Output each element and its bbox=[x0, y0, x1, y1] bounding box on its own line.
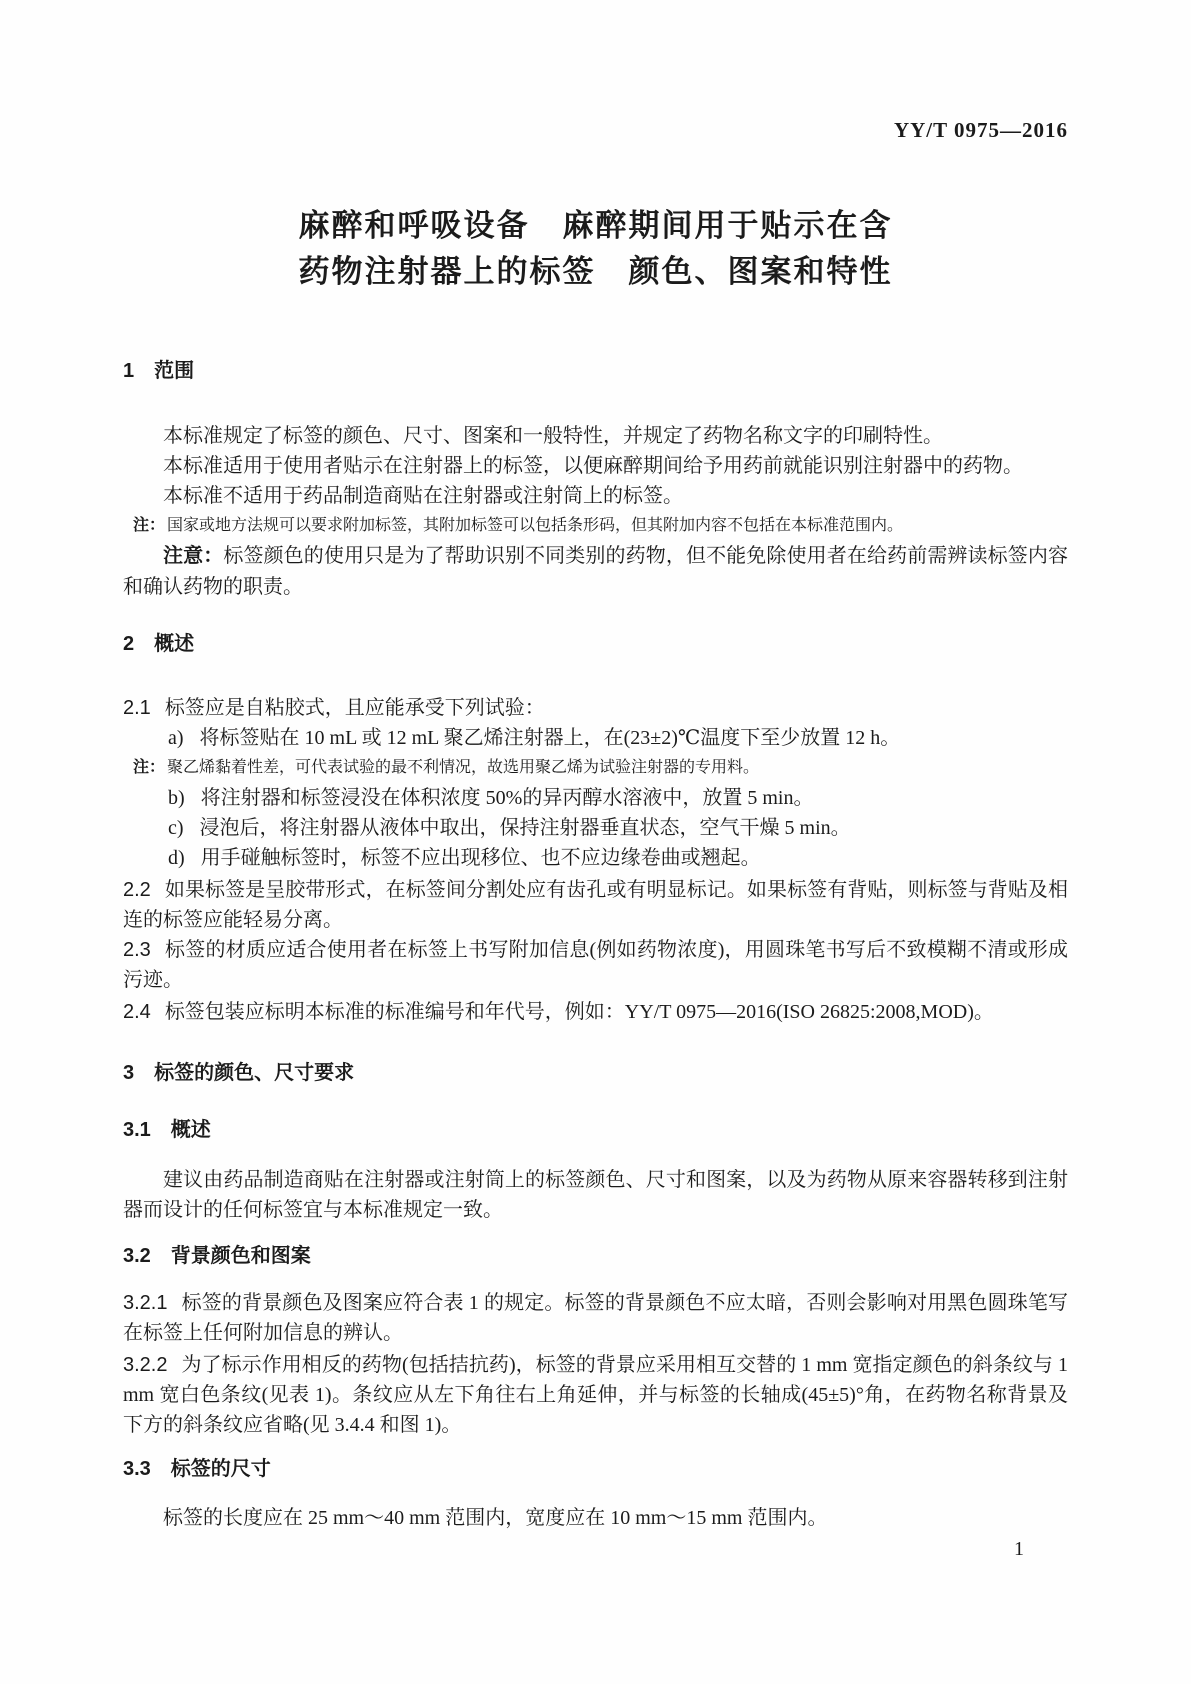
overview-note: 注：聚乙烯黏着性差，可代表试验的最不利情况，故选用聚乙烯为试验注射器的专用料。 bbox=[123, 755, 1068, 781]
section-1-heading: 1 范围 bbox=[123, 358, 1068, 384]
list-item-c-text: 浸泡后，将注射器从液体中取出，保持注射器垂直状态，空气干燥 5 min。 bbox=[200, 817, 851, 839]
scope-notice-text: 标签颜色的使用只是为了帮助识别不同类别的药物，但不能免除使用者在给药前需辨读标签… bbox=[123, 545, 1068, 598]
section-3-2-heading: 3.2 背景颜色和图案 bbox=[123, 1243, 1068, 1269]
clause-3-2-1: 3.2.1标签的背景颜色及图案应符合表 1 的规定。标签的背景颜色不应太暗，否则… bbox=[123, 1288, 1068, 1348]
section-3-3-heading: 3.3 标签的尺寸 bbox=[123, 1456, 1068, 1482]
clause-3-2-2-text: 为了标示作用相反的药物(包括拮抗药)，标签的背景应采用相互交替的 1 mm 宽指… bbox=[123, 1354, 1068, 1436]
list-item-b: b)将注射器和标签浸没在体积浓度 50%的异丙醇水溶液中，放置 5 min。 bbox=[168, 783, 1068, 813]
list-item-a-text: 将标签贴在 10 mL 或 12 mL 聚乙烯注射器上，在(23±2)℃温度下至… bbox=[200, 727, 901, 749]
clause-3-2-1-number: 3.2.1 bbox=[123, 1292, 167, 1314]
title-line-1: 麻醉和呼吸设备 麻醉期间用于贴示在含 bbox=[123, 203, 1068, 249]
clause-2-3: 2.3标签的材质应适合使用者在标签上书写附加信息(例如药物浓度)，用圆珠笔书写后… bbox=[123, 935, 1068, 995]
overview-note-label: 注： bbox=[133, 759, 165, 776]
clause-2-2-text: 如果标签是呈胶带形式，在标签间分割处应有齿孔或有明显标记。如果标签有背贴，则标签… bbox=[123, 879, 1068, 931]
list-item-d-text: 用手碰触标签时，标签不应出现移位、也不应边缘卷曲或翘起。 bbox=[201, 847, 761, 869]
clause-2-1: 2.1标签应是自粘胶式，且应能承受下列试验： bbox=[123, 693, 1068, 723]
title-line-2: 药物注射器上的标签 颜色、图案和特性 bbox=[123, 249, 1068, 295]
list-item-d: d)用手碰触标签时，标签不应出现移位、也不应边缘卷曲或翘起。 bbox=[168, 843, 1068, 873]
document-page: YY/T 0975—2016 麻醉和呼吸设备 麻醉期间用于贴示在含 药物注射器上… bbox=[0, 0, 1191, 1684]
list-item-a-marker: a) bbox=[168, 727, 184, 749]
list-item-a: a)将标签贴在 10 mL 或 12 mL 聚乙烯注射器上，在(23±2)℃温度… bbox=[168, 723, 1068, 753]
overview-note-text: 聚乙烯黏着性差，可代表试验的最不利情况，故选用聚乙烯为试验注射器的专用料。 bbox=[167, 759, 759, 776]
page-number: 1 bbox=[123, 1537, 1068, 1561]
standard-number: YY/T 0975—2016 bbox=[123, 118, 1068, 142]
scope-note-label: 注： bbox=[133, 517, 165, 534]
list-item-c-marker: c) bbox=[168, 817, 184, 839]
clause-2-3-text: 标签的材质应适合使用者在标签上书写附加信息(例如药物浓度)，用圆珠笔书写后不致模… bbox=[123, 939, 1068, 991]
list-item-c: c)浸泡后，将注射器从液体中取出，保持注射器垂直状态，空气干燥 5 min。 bbox=[168, 813, 1068, 843]
clause-2-1-number: 2.1 bbox=[123, 697, 151, 719]
section-2-heading: 2 概述 bbox=[123, 631, 1068, 657]
scope-notice: 注意：标签颜色的使用只是为了帮助识别不同类别的药物，但不能免除使用者在给药前需辨… bbox=[123, 541, 1068, 603]
list-item-b-marker: b) bbox=[168, 787, 185, 809]
section-3-3-paragraph: 标签的长度应在 25 mm～40 mm 范围内，宽度应在 10 mm～15 mm… bbox=[123, 1503, 1068, 1533]
clause-2-4-text: 标签包装应标明本标准的标准编号和年代号，例如：YY/T 0975—2016(IS… bbox=[165, 1001, 994, 1023]
scope-note-text: 国家或地方法规可以要求附加标签，其附加标签可以包括条形码，但其附加内容不包括在本… bbox=[167, 517, 903, 534]
section-3-1-paragraph: 建议由药品制造商贴在注射器或注射筒上的标签颜色、尺寸和图案，以及为药物从原来容器… bbox=[123, 1165, 1068, 1225]
clause-2-1-text: 标签应是自粘胶式，且应能承受下列试验： bbox=[165, 697, 545, 719]
scope-note: 注：国家或地方法规可以要求附加标签，其附加标签可以包括条形码，但其附加内容不包括… bbox=[123, 513, 1068, 539]
section-3-1-heading: 3.1 概述 bbox=[123, 1117, 1068, 1143]
list-item-b-text: 将注射器和标签浸没在体积浓度 50%的异丙醇水溶液中，放置 5 min。 bbox=[201, 787, 814, 809]
section-3-heading: 3 标签的颜色、尺寸要求 bbox=[123, 1060, 1068, 1086]
scope-paragraph-1: 本标准规定了标签的颜色、尺寸、图案和一般特性，并规定了药物名称文字的印刷特性。 bbox=[123, 421, 1068, 451]
scope-notice-label: 注意： bbox=[163, 545, 223, 567]
clause-2-4-number: 2.4 bbox=[123, 1001, 151, 1023]
clause-3-2-2-number: 3.2.2 bbox=[123, 1354, 167, 1376]
scope-paragraph-2: 本标准适用于使用者贴示在注射器上的标签，以便麻醉期间给予用药前就能识别注射器中的… bbox=[123, 451, 1068, 481]
scope-paragraph-3: 本标准不适用于药品制造商贴在注射器或注射筒上的标签。 bbox=[123, 481, 1068, 511]
clause-3-2-2: 3.2.2为了标示作用相反的药物(包括拮抗药)，标签的背景应采用相互交替的 1 … bbox=[123, 1350, 1068, 1440]
document-title: 麻醉和呼吸设备 麻醉期间用于贴示在含 药物注射器上的标签 颜色、图案和特性 bbox=[123, 203, 1068, 295]
clause-2-2-number: 2.2 bbox=[123, 879, 151, 901]
clause-3-2-1-text: 标签的背景颜色及图案应符合表 1 的规定。标签的背景颜色不应太暗，否则会影响对用… bbox=[123, 1292, 1068, 1344]
clause-2-4: 2.4标签包装应标明本标准的标准编号和年代号，例如：YY/T 0975—2016… bbox=[123, 997, 1068, 1027]
clause-2-3-number: 2.3 bbox=[123, 939, 151, 961]
clause-2-2: 2.2如果标签是呈胶带形式，在标签间分割处应有齿孔或有明显标记。如果标签有背贴，… bbox=[123, 875, 1068, 935]
list-item-d-marker: d) bbox=[168, 847, 185, 869]
